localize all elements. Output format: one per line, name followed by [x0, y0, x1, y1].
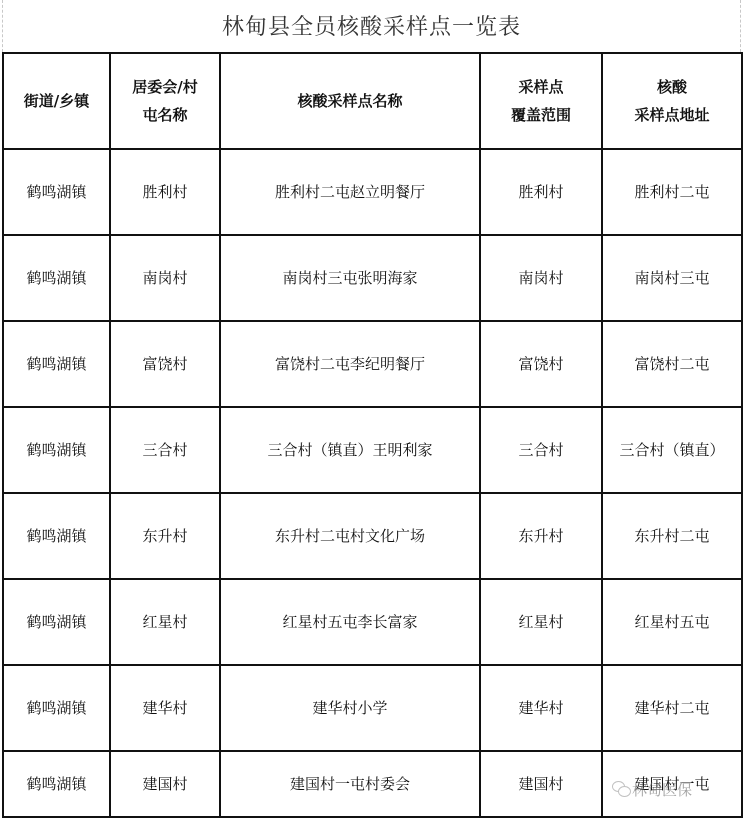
header-village: 居委会/村屯名称: [110, 53, 220, 149]
table-row: 鹤鸣湖镇 东升村 东升村二屯村文化广场 东升村 东升村二屯: [3, 493, 742, 579]
cell-town: 鹤鸣湖镇: [3, 579, 110, 665]
header-coverage: 采样点覆盖范围: [480, 53, 602, 149]
cell-site-name: 胜利村二屯赵立明餐厅: [220, 149, 480, 235]
cell-town: 鹤鸣湖镇: [3, 149, 110, 235]
cell-address: 东升村二屯: [602, 493, 742, 579]
header-site-name: 核酸采样点名称: [220, 53, 480, 149]
cell-coverage: 三合村: [480, 407, 602, 493]
cell-site-name: 富饶村二屯李纪明餐厅: [220, 321, 480, 407]
cell-village: 建国村: [110, 751, 220, 817]
cell-address: 三合村（镇直）: [602, 407, 742, 493]
table-header-row: 街道/乡镇 居委会/村屯名称 核酸采样点名称 采样点覆盖范围 核酸采样点地址: [3, 53, 742, 149]
watermark: 林甸医保: [612, 778, 732, 800]
sampling-sites-table: 街道/乡镇 居委会/村屯名称 核酸采样点名称 采样点覆盖范围 核酸采样点地址 鹤…: [2, 52, 743, 818]
cell-site-name: 建华村小学: [220, 665, 480, 751]
watermark-text: 林甸医保: [632, 779, 692, 800]
cell-address: 胜利村二屯: [602, 149, 742, 235]
cell-village: 南岗村: [110, 235, 220, 321]
cell-coverage: 红星村: [480, 579, 602, 665]
cell-site-name: 红星村五屯李长富家: [220, 579, 480, 665]
cell-coverage: 富饶村: [480, 321, 602, 407]
cell-village: 建华村: [110, 665, 220, 751]
table-row: 鹤鸣湖镇 三合村 三合村（镇直）王明利家 三合村 三合村（镇直）: [3, 407, 742, 493]
table-row: 鹤鸣湖镇 胜利村 胜利村二屯赵立明餐厅 胜利村 胜利村二屯: [3, 149, 742, 235]
table-row: 鹤鸣湖镇 富饶村 富饶村二屯李纪明餐厅 富饶村 富饶村二屯: [3, 321, 742, 407]
cell-site-name: 建国村一屯村委会: [220, 751, 480, 817]
cell-address: 南岗村三屯: [602, 235, 742, 321]
title-area: 林甸县全员核酸采样点一览表: [2, 0, 741, 52]
table-row: 鹤鸣湖镇 建华村 建华村小学 建华村 建华村二屯: [3, 665, 742, 751]
header-address: 核酸采样点地址: [602, 53, 742, 149]
cell-address: 建华村二屯: [602, 665, 742, 751]
cell-coverage: 南岗村: [480, 235, 602, 321]
cell-town: 鹤鸣湖镇: [3, 407, 110, 493]
cell-village: 胜利村: [110, 149, 220, 235]
cell-town: 鹤鸣湖镇: [3, 751, 110, 817]
cell-town: 鹤鸣湖镇: [3, 235, 110, 321]
cell-address: 富饶村二屯: [602, 321, 742, 407]
table-row: 鹤鸣湖镇 南岗村 南岗村三屯张明海家 南岗村 南岗村三屯: [3, 235, 742, 321]
cell-coverage: 东升村: [480, 493, 602, 579]
cell-town: 鹤鸣湖镇: [3, 493, 110, 579]
cell-site-name: 三合村（镇直）王明利家: [220, 407, 480, 493]
cell-village: 东升村: [110, 493, 220, 579]
cell-site-name: 东升村二屯村文化广场: [220, 493, 480, 579]
cell-town: 鹤鸣湖镇: [3, 321, 110, 407]
cell-village: 三合村: [110, 407, 220, 493]
wechat-icon: [612, 781, 630, 797]
cell-town: 鹤鸣湖镇: [3, 665, 110, 751]
cell-coverage: 胜利村: [480, 149, 602, 235]
cell-address: 红星村五屯: [602, 579, 742, 665]
document-title: 林甸县全员核酸采样点一览表: [3, 10, 740, 41]
cell-village: 红星村: [110, 579, 220, 665]
cell-village: 富饶村: [110, 321, 220, 407]
table-row: 鹤鸣湖镇 红星村 红星村五屯李长富家 红星村 红星村五屯: [3, 579, 742, 665]
header-town: 街道/乡镇: [3, 53, 110, 149]
cell-coverage: 建华村: [480, 665, 602, 751]
cell-site-name: 南岗村三屯张明海家: [220, 235, 480, 321]
cell-coverage: 建国村: [480, 751, 602, 817]
